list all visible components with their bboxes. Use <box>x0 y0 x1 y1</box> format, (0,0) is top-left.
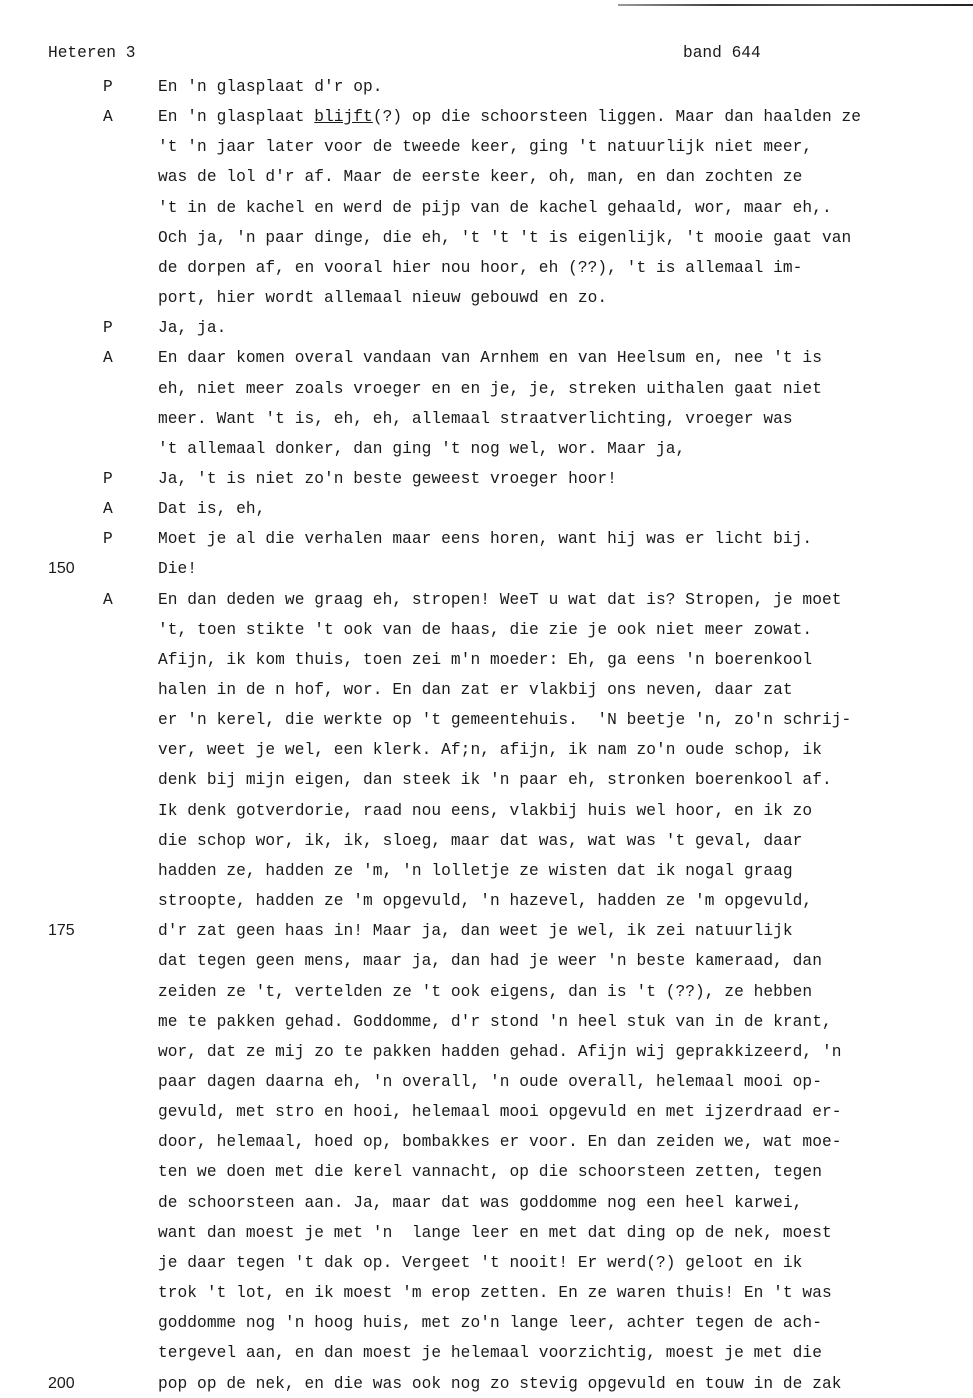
transcript-line: port, hier wordt allemaal nieuw gebouwd … <box>0 286 973 310</box>
line-text: 't 'n jaar later voor de tweede keer, gi… <box>158 135 812 159</box>
line-text: 't allemaal donker, dan ging 't nog wel,… <box>158 437 685 461</box>
line-text: was de lol d'r af. Maar de eerste keer, … <box>158 165 802 189</box>
speaker-label: P <box>103 75 113 99</box>
line-text: me te pakken gehad. Goddomme, d'r stond … <box>158 1010 832 1034</box>
transcript-line: 't in de kachel en werd de pijp van de k… <box>0 196 973 220</box>
line-text: denk bij mijn eigen, dan steek ik 'n paa… <box>158 768 832 792</box>
transcript-line: halen in de n hof, wor. En dan zat er vl… <box>0 678 973 702</box>
line-text: eh, niet meer zoals vroeger en en je, je… <box>158 377 822 401</box>
line-text: wor, dat ze mij zo te pakken hadden geha… <box>158 1040 842 1064</box>
line-text: 't, toen stikte 't ook van de haas, die … <box>158 618 812 642</box>
line-text: ten we doen met die kerel vannacht, op d… <box>158 1160 822 1184</box>
speaker-label: P <box>103 316 113 340</box>
line-text: Och ja, 'n paar dinge, die eh, 't 't 't … <box>158 226 851 250</box>
line-text: door, helemaal, hoed op, bombakkes er vo… <box>158 1130 842 1154</box>
line-text: En 'n glasplaat d'r op. <box>158 75 383 99</box>
transcript-line: wor, dat ze mij zo te pakken hadden geha… <box>0 1040 973 1064</box>
line-text: zeiden ze 't, vertelden ze 't ook eigens… <box>158 980 812 1004</box>
speaker-label: A <box>103 588 113 612</box>
line-text: trok 't lot, en ik moest 'm erop zetten.… <box>158 1281 832 1305</box>
transcript-line: goddomme nog 'n hoog huis, met zo'n lang… <box>0 1311 973 1335</box>
transcript-line: trok 't lot, en ik moest 'm erop zetten.… <box>0 1281 973 1305</box>
transcript-line: gevuld, met stro en hooi, helemaal mooi … <box>0 1100 973 1124</box>
transcript-line: denk bij mijn eigen, dan steek ik 'n paa… <box>0 768 973 792</box>
line-text: d'r zat geen haas in! Maar ja, dan weet … <box>158 919 793 943</box>
line-text: ver, weet je wel, een klerk. Af;n, afijn… <box>158 738 822 762</box>
speaker-label: A <box>103 497 113 521</box>
transcript-line: PJa, 't is niet zo'n beste geweest vroeg… <box>0 467 973 491</box>
transcript-line: dat tegen geen mens, maar ja, dan had je… <box>0 949 973 973</box>
speaker-label: A <box>103 105 113 129</box>
line-text: Afijn, ik kom thuis, toen zei m'n moeder… <box>158 648 812 672</box>
transcript-line: AEn 'n glasplaat blijft(?) op die schoor… <box>0 105 973 129</box>
line-text: stroopte, hadden ze 'm opgevuld, 'n haze… <box>158 889 812 913</box>
line-text: pop op de nek, en die was ook nog zo ste… <box>158 1372 842 1396</box>
transcript-line: ADat is, eh, <box>0 497 973 521</box>
line-text: die schop wor, ik, ik, sloeg, maar dat w… <box>158 829 802 853</box>
line-text: Moet je al die verhalen maar eens horen,… <box>158 527 812 551</box>
transcript-line: Och ja, 'n paar dinge, die eh, 't 't 't … <box>0 226 973 250</box>
transcript-line: ver, weet je wel, een klerk. Af;n, afijn… <box>0 738 973 762</box>
transcript-line: 't 'n jaar later voor de tweede keer, gi… <box>0 135 973 159</box>
transcript-line: 't allemaal donker, dan ging 't nog wel,… <box>0 437 973 461</box>
transcript-line: PMoet je al die verhalen maar eens horen… <box>0 527 973 551</box>
transcript-line: 200pop op de nek, en die was ook nog zo … <box>0 1372 973 1396</box>
transcript-line: want dan moest je met 'n lange leer en m… <box>0 1221 973 1245</box>
transcript-line: AEn dan deden we graag eh, stropen! WeeT… <box>0 588 973 612</box>
transcript-line: je daar tegen 't dak op. Vergeet 't nooi… <box>0 1251 973 1275</box>
transcript-line: me te pakken gehad. Goddomme, d'r stond … <box>0 1010 973 1034</box>
line-text: Ik denk gotverdorie, raad nou eens, vlak… <box>158 799 812 823</box>
transcript-line: hadden ze, hadden ze 'm, 'n lolletje ze … <box>0 859 973 883</box>
line-text: Die! <box>158 557 197 581</box>
transcript-line: AEn daar komen overal vandaan van Arnhem… <box>0 346 973 370</box>
transcript-line: er 'n kerel, die werkte op 't gemeentehu… <box>0 708 973 732</box>
transcript-line: 150Die! <box>0 557 973 581</box>
transcript-line: die schop wor, ik, ik, sloeg, maar dat w… <box>0 829 973 853</box>
transcript-line: PEn 'n glasplaat d'r op. <box>0 75 973 99</box>
line-text: Ja, ja. <box>158 316 226 340</box>
transcript-line: 175d'r zat geen haas in! Maar ja, dan we… <box>0 919 973 943</box>
transcript-line: paar dagen daarna eh, 'n overall, 'n oud… <box>0 1070 973 1094</box>
transcript-line: was de lol d'r af. Maar de eerste keer, … <box>0 165 973 189</box>
transcript-line: tergevel aan, en dan moest je helemaal v… <box>0 1341 973 1365</box>
transcript-line: Afijn, ik kom thuis, toen zei m'n moeder… <box>0 648 973 672</box>
line-text: want dan moest je met 'n lange leer en m… <box>158 1221 832 1245</box>
line-text: hadden ze, hadden ze 'm, 'n lolletje ze … <box>158 859 793 883</box>
line-text: paar dagen daarna eh, 'n overall, 'n oud… <box>158 1070 822 1094</box>
transcript-line: Ik denk gotverdorie, raad nou eens, vlak… <box>0 799 973 823</box>
transcript-line: meer. Want 't is, eh, eh, allemaal straa… <box>0 407 973 431</box>
speaker-label: P <box>103 467 113 491</box>
transcript-line: de schoorsteen aan. Ja, maar dat was god… <box>0 1191 973 1215</box>
line-number: 150 <box>48 557 75 581</box>
line-text: 't in de kachel en werd de pijp van de k… <box>158 196 832 220</box>
line-number: 175 <box>48 919 75 943</box>
line-text: Dat is, eh, <box>158 497 265 521</box>
transcript-line: PJa, ja. <box>0 316 973 340</box>
transcript-line: eh, niet meer zoals vroeger en en je, je… <box>0 377 973 401</box>
transcript-line: de dorpen af, en vooral hier nou hoor, e… <box>0 256 973 280</box>
line-text: de dorpen af, en vooral hier nou hoor, e… <box>158 256 802 280</box>
speaker-label: P <box>103 527 113 551</box>
line-number: 200 <box>48 1372 75 1396</box>
line-text: je daar tegen 't dak op. Vergeet 't nooi… <box>158 1251 802 1275</box>
line-text: goddomme nog 'n hoog huis, met zo'n lang… <box>158 1311 822 1335</box>
speaker-label: A <box>103 346 113 370</box>
line-text: Ja, 't is niet zo'n beste geweest vroege… <box>158 467 617 491</box>
line-text: gevuld, met stro en hooi, helemaal mooi … <box>158 1100 842 1124</box>
line-text: En daar komen overal vandaan van Arnhem … <box>158 346 822 370</box>
underlined-word: blijft <box>314 108 373 126</box>
page-top-rule <box>618 4 973 6</box>
line-text: En dan deden we graag eh, stropen! WeeT … <box>158 588 842 612</box>
line-text: er 'n kerel, die werkte op 't gemeentehu… <box>158 708 851 732</box>
transcript-line: 't, toen stikte 't ook van de haas, die … <box>0 618 973 642</box>
line-text: de schoorsteen aan. Ja, maar dat was god… <box>158 1191 802 1215</box>
transcript-line: zeiden ze 't, vertelden ze 't ook eigens… <box>0 980 973 1004</box>
document-title: Heteren 3 <box>48 42 135 64</box>
line-text: halen in de n hof, wor. En dan zat er vl… <box>158 678 793 702</box>
transcript-line: stroopte, hadden ze 'm opgevuld, 'n haze… <box>0 889 973 913</box>
line-text: port, hier wordt allemaal nieuw gebouwd … <box>158 286 607 310</box>
transcript-line: door, helemaal, hoed op, bombakkes er vo… <box>0 1130 973 1154</box>
transcript-line: ten we doen met die kerel vannacht, op d… <box>0 1160 973 1184</box>
line-text: tergevel aan, en dan moest je helemaal v… <box>158 1341 822 1365</box>
line-text: meer. Want 't is, eh, eh, allemaal straa… <box>158 407 793 431</box>
line-text: En 'n glasplaat blijft(?) op die schoors… <box>158 105 861 129</box>
line-text: dat tegen geen mens, maar ja, dan had je… <box>158 949 822 973</box>
tape-number: band 644 <box>683 42 761 64</box>
